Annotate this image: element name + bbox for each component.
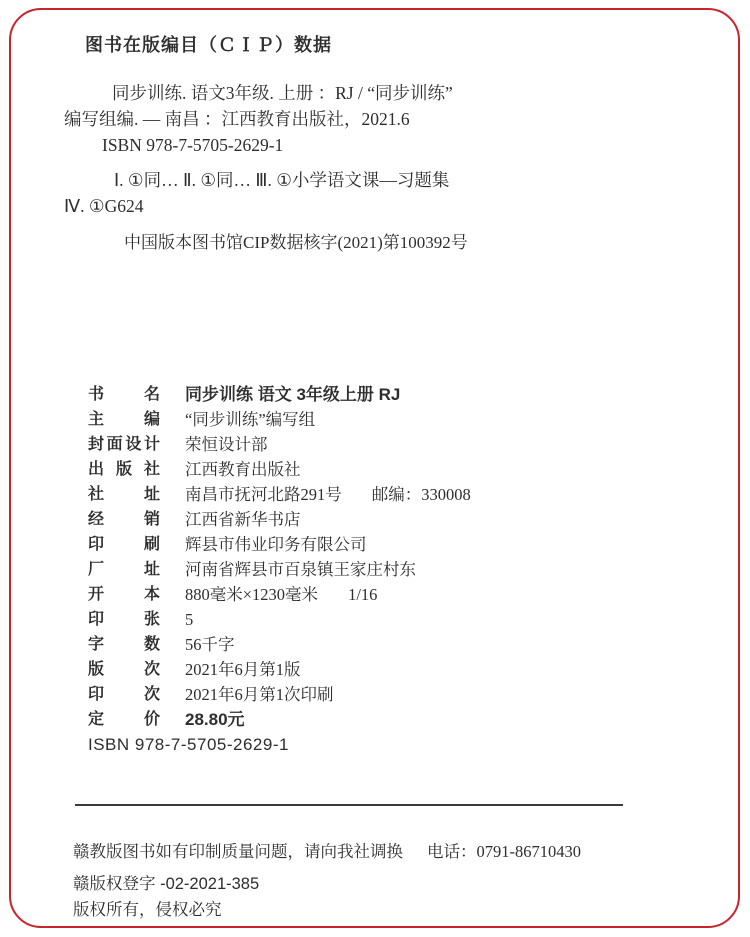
footer-divider-line (75, 804, 623, 806)
colophon-row-value: “同步训练”编写组 (185, 410, 315, 429)
colophon-row-value: 河南省辉县市百泉镇王家庄村东 (185, 560, 416, 579)
colophon-row-label: 社址 (88, 482, 160, 507)
colophon-row: 定价28.80元 (88, 707, 668, 732)
colophon-row: 印张5 (88, 607, 668, 632)
colophon-row-label: 版次 (88, 657, 160, 682)
cip-class-line-2: Ⅳ. ①G624 (64, 193, 624, 219)
colophon-row: 字数56千字 (88, 632, 668, 657)
copyright-statement: 版权所有，侵权必究 (73, 896, 222, 920)
colophon-row-label: 出版社 (88, 457, 160, 482)
colophon-row-label: 印刷 (88, 532, 160, 557)
colophon-info-block: 书名同步训练 语文 3年级上册 RJ 主编“同步训练”编写组 封面设计荣恒设计部… (88, 382, 668, 757)
cip-description-paragraph: 同步训练. 语文3年级. 上册 ：RJ / “同步训练” 编写组编. — 南昌 … (64, 80, 624, 158)
colophon-row-label: 封面设计 (88, 432, 160, 457)
colophon-row-value: 2021年6月第1版 (185, 660, 301, 679)
colophon-row: 厂址河南省辉县市百泉镇王家庄村东 (88, 557, 668, 582)
colophon-isbn: ISBN 978-7-5705-2629-1 (88, 732, 668, 757)
colophon-row-value: 28.80元 (185, 710, 245, 729)
colophon-row-value: 880毫米×1230毫米 (185, 585, 318, 604)
cip-line-2: 编写组编. — 南昌 ：江西教育出版社，2021.6 (64, 106, 624, 132)
cip-class-line-1: Ⅰ. ①同… Ⅱ. ①同… Ⅲ. ①小学语文课—习题集 (64, 167, 624, 193)
colophon-row-extra: 邮编：330008 (372, 485, 471, 504)
colophon-row: 主编“同步训练”编写组 (88, 407, 668, 432)
colophon-row-extra: 1/16 (348, 585, 377, 604)
colophon-row-label: 字数 (88, 632, 160, 657)
colophon-rows: 书名同步训练 语文 3年级上册 RJ 主编“同步训练”编写组 封面设计荣恒设计部… (88, 382, 668, 732)
book-copyright-page: { "page": { "border_color": "#c9242e" },… (0, 0, 750, 937)
colophon-row: 经销江西省新华书店 (88, 507, 668, 532)
colophon-row-value: 辉县市伟业印务有限公司 (185, 535, 367, 554)
colophon-row-value: 荣恒设计部 (185, 435, 268, 454)
colophon-row-label: 开本 (88, 582, 160, 607)
cip-record-number: 中国版本图书馆CIP数据核字(2021)第100392号 (124, 228, 468, 253)
colophon-row-label: 印次 (88, 682, 160, 707)
quality-notice-phone: 电话：0791-86710430 (427, 842, 581, 861)
colophon-row: 版次2021年6月第1版 (88, 657, 668, 682)
colophon-row-value: 江西教育出版社 (185, 460, 301, 479)
colophon-row-value: 南昌市抚河北路291号 (185, 485, 342, 504)
quality-notice-text: 赣教版图书如有印制质量问题，请向我社调换 (73, 842, 403, 861)
colophon-row-label: 厂址 (88, 557, 160, 582)
colophon-row: 社址南昌市抚河北路291号邮编：330008 (88, 482, 668, 507)
colophon-row: 开本880毫米×1230毫米1/16 (88, 582, 668, 607)
colophon-row: 印刷辉县市伟业印务有限公司 (88, 532, 668, 557)
colophon-row-value: 56千字 (185, 635, 235, 654)
colophon-row-label: 书名 (88, 382, 160, 407)
registration-number: 赣版权登字 -02-2021-385 (73, 870, 259, 894)
colophon-row-value: 2021年6月第1次印刷 (185, 685, 334, 704)
colophon-row-label: 主编 (88, 407, 160, 432)
cip-isbn-line: ISBN 978-7-5705-2629-1 (64, 132, 624, 158)
colophon-row-label: 印张 (88, 607, 160, 632)
cip-title: 图书在版编目（ＣＩＰ）数据 (85, 31, 332, 57)
quality-notice: 赣教版图书如有印制质量问题，请向我社调换电话：0791-86710430 (73, 838, 581, 862)
cip-classification: Ⅰ. ①同… Ⅱ. ①同… Ⅲ. ①小学语文课—习题集 Ⅳ. ①G624 (64, 167, 624, 219)
colophon-row: 封面设计荣恒设计部 (88, 432, 668, 457)
colophon-row-value: 江西省新华书店 (185, 510, 301, 529)
cip-line-1: 同步训练. 语文3年级. 上册 ：RJ / “同步训练” (64, 80, 624, 106)
colophon-row: 印次2021年6月第1次印刷 (88, 682, 668, 707)
colophon-row-value: 同步训练 语文 3年级上册 RJ (185, 385, 400, 404)
colophon-row: 书名同步训练 语文 3年级上册 RJ (88, 382, 668, 407)
colophon-row: 出版社江西教育出版社 (88, 457, 668, 482)
colophon-row-label: 经销 (88, 507, 160, 532)
colophon-row-value: 5 (185, 610, 193, 629)
colophon-row-label: 定价 (88, 707, 160, 732)
